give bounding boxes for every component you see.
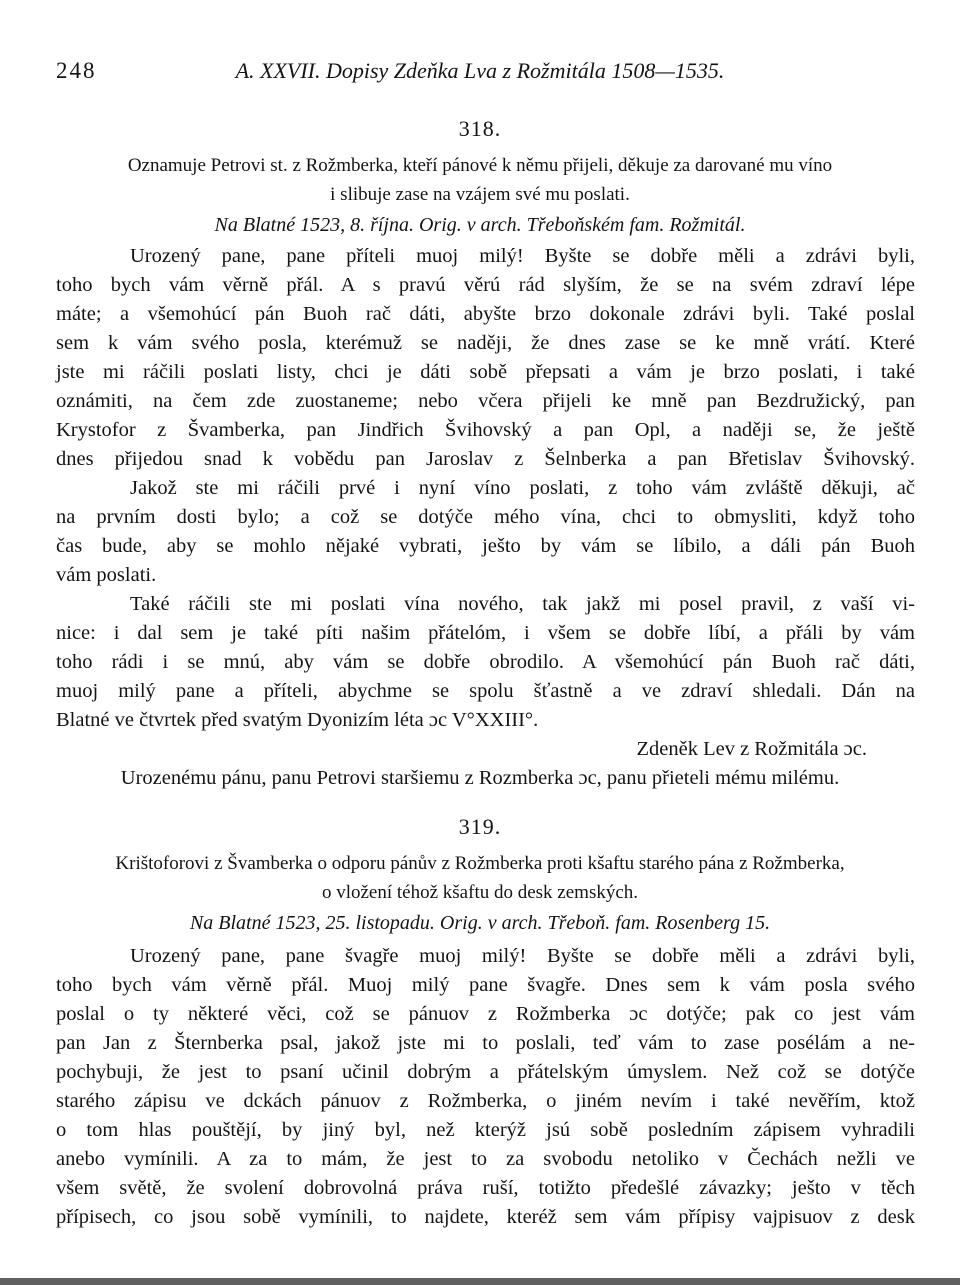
letter-318-body: Urozený pane, pane příteli muoj milý! By… (56, 242, 915, 735)
text-line: pan Jan z Šternberka psal, jakož jste mi… (56, 1029, 915, 1058)
text-line: toho bych vám věrně přál. A s pravú věrú… (56, 271, 915, 300)
text-line: Urozený pane, pane švagře muoj milý! Byš… (56, 942, 915, 971)
signature-line: Zdeněk Lev z Rožmitála ɔc. (56, 735, 915, 764)
text-line: na prvním dosti bylo; a což se dotýče mé… (56, 503, 915, 532)
text-line: nice: i dal sem je také píti našim přáte… (56, 619, 915, 648)
letter-319-summary: Krištoforovi z Švamberka o odporu pánův … (36, 849, 924, 907)
text-line: Jakož ste mi ráčili prvé i nyní víno pos… (56, 474, 915, 503)
text-line: jste mi ráčili poslati listy, chci je dá… (56, 358, 915, 387)
text-line: Urozený pane, pane příteli muoj milý! By… (56, 242, 915, 271)
text-line: o tom hlas pouštějí, by jiný byl, než kt… (56, 1116, 915, 1145)
letter-318-number: 318. (0, 115, 960, 143)
letter-319-section: 319. Krištoforovi z Švamberka o odporu p… (0, 813, 960, 1232)
text-line: sem k vám svého posla, kterémuž se naděj… (56, 329, 915, 358)
page-header: 248 A. XXVII. Dopisy Zdeňka Lva z Rožmit… (0, 0, 960, 88)
letter-318-section: 318. Oznamuje Petrovi st. z Rožmberka, k… (0, 115, 960, 793)
summary-line: Oznamuje Petrovi st. z Rožmberka, kteří … (36, 151, 924, 180)
text-line: poslal o ty některé věci, což se pánuov … (56, 1000, 915, 1029)
text-line: pochybuji, že jest to psaní učinil dobrý… (56, 1058, 915, 1087)
text-line: vám poslati. (56, 561, 915, 590)
text-line: přípisech, co jsou sobě vymínili, to naj… (56, 1203, 915, 1232)
letter-318-provenance: Na Blatné 1523, 8. října. Orig. v arch. … (0, 211, 960, 240)
scan-edge-artifact (0, 1278, 960, 1285)
text-line: čas bude, aby se mohlo nějaké vybrati, j… (56, 532, 915, 561)
text-line: Krystofor z Švamberka, pan Jindřich Švih… (56, 416, 915, 445)
text-line: oznámiti, na čem zde zuostaneme; nebo vč… (56, 387, 915, 416)
scanned-book-page: 248 A. XXVII. Dopisy Zdeňka Lva z Rožmit… (0, 0, 960, 1285)
text-line: Také ráčili ste mi poslati vína nového, … (56, 590, 915, 619)
letter-318-summary: Oznamuje Petrovi st. z Rožmberka, kteří … (36, 151, 924, 209)
address-line: Urozenému pánu, panu Petrovi staršiemu z… (28, 764, 932, 793)
text-line: dnes přijedou snad k vobědu pan Jaroslav… (56, 445, 915, 474)
summary-line: o vložení téhož kšaftu do desk zemských. (36, 878, 924, 907)
text-line: muoj milý pane a příteli, abychme se spo… (56, 677, 915, 706)
letter-319-number: 319. (0, 813, 960, 841)
text-line: Blatné ve čtvrtek před svatým Dyonizím l… (56, 706, 915, 735)
text-line: toho rádi i se mnú, aby vám se dobře obr… (56, 648, 915, 677)
running-title: A. XXVII. Dopisy Zdeňka Lva z Rožmitála … (0, 58, 960, 84)
letter-319-body: Urozený pane, pane švagře muoj milý! Byš… (56, 942, 915, 1232)
page-number: 248 (56, 58, 97, 84)
text-line: starého zápisu ve dckách pánuov z Rožmbe… (56, 1087, 915, 1116)
letter-319-provenance: Na Blatné 1523, 25. listopadu. Orig. v a… (0, 909, 960, 938)
summary-line: i slibuje zase na vzájem své mu poslati. (36, 180, 924, 209)
summary-line: Krištoforovi z Švamberka o odporu pánův … (36, 849, 924, 878)
text-line: všem světě, že svolení dobrovolná práva … (56, 1174, 915, 1203)
text-line: anebo vymínili. A za to mám, že jest to … (56, 1145, 915, 1174)
text-line: toho bych vám věrně přál. Muoj milý pane… (56, 971, 915, 1000)
text-line: máte; a všemohúcí pán Buoh rač dáti, aby… (56, 300, 915, 329)
